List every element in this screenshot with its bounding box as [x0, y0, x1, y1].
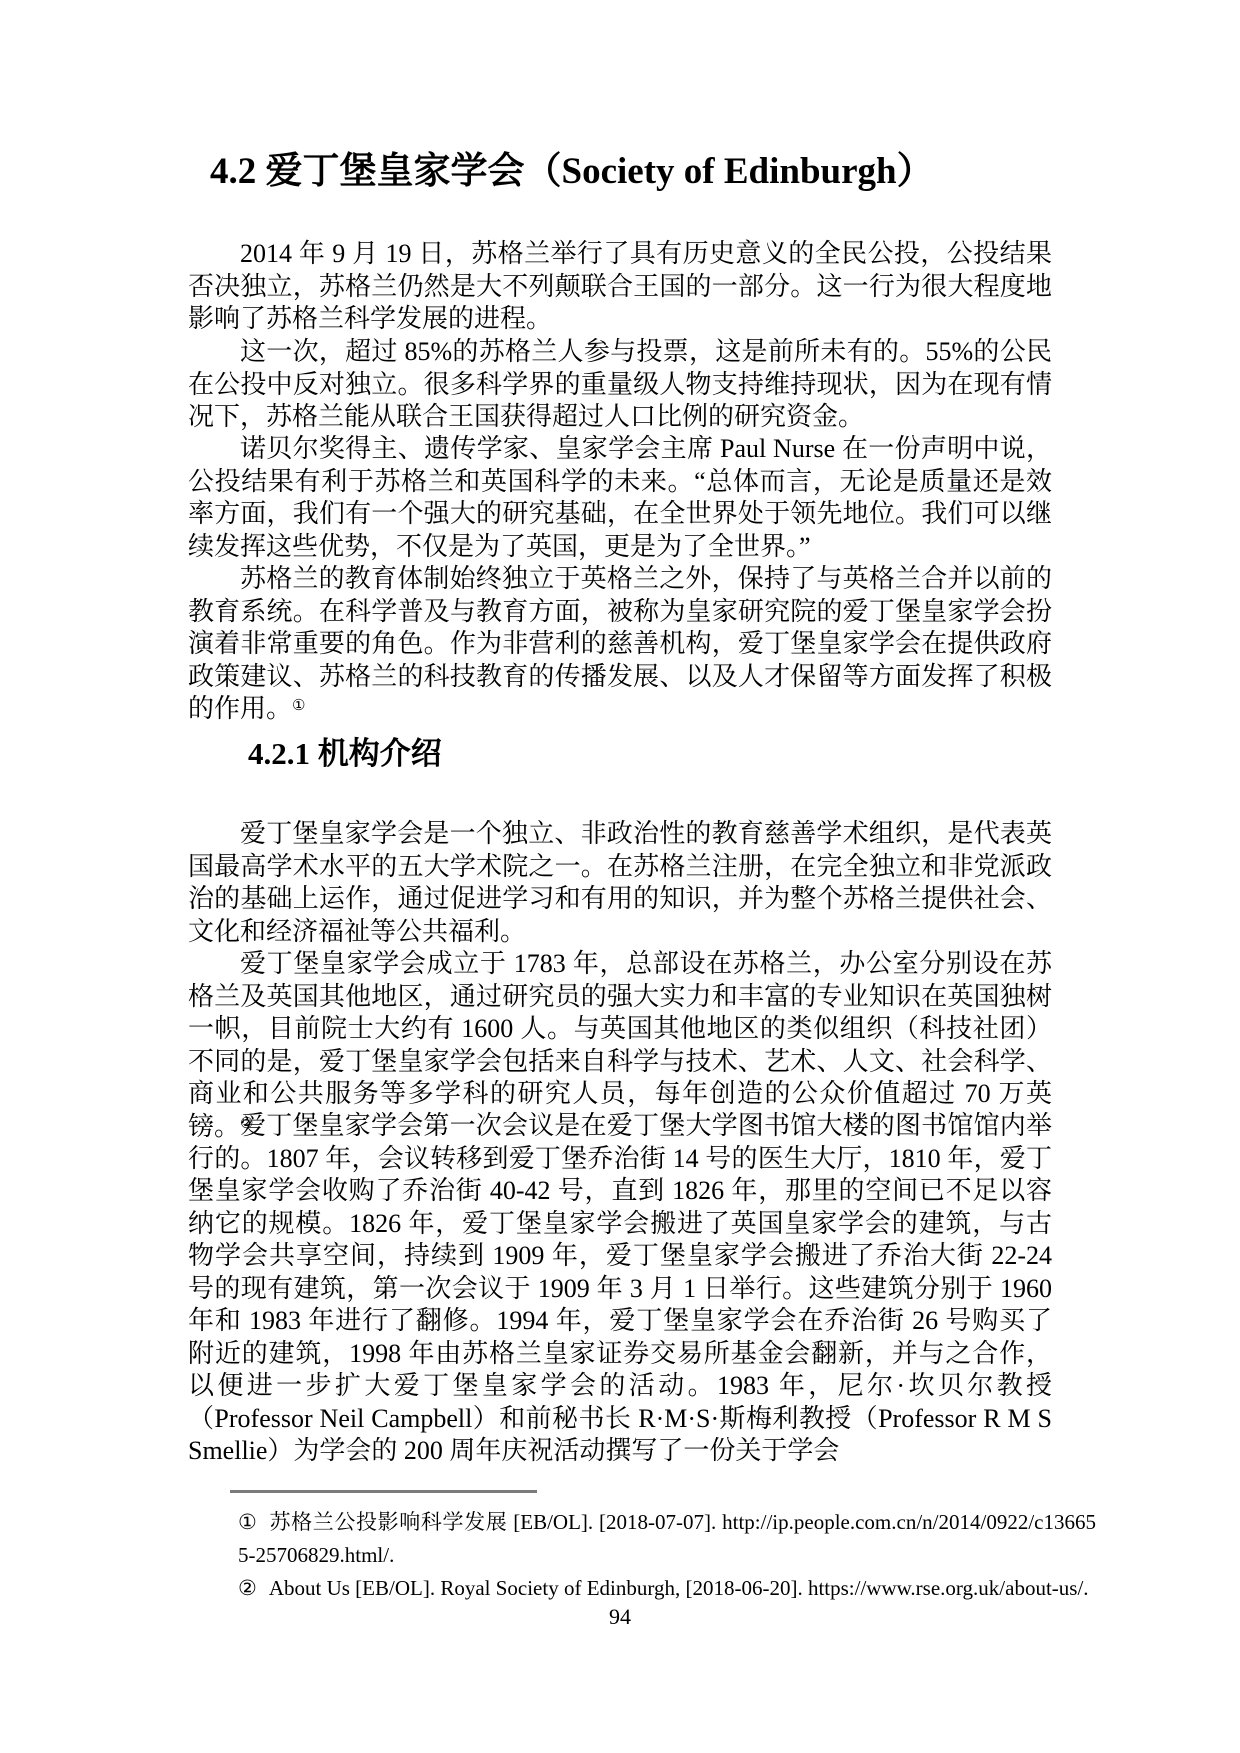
- paragraph-text: 苏格兰的教育体制始终独立于英格兰之外，保持了与英格兰合并以前的教育系统。在科学普…: [188, 564, 1052, 723]
- document-page: 4.2 爱丁堡皇家学会（Society of Edinburgh） 2014 年…: [0, 0, 1240, 1753]
- footnote-text: 苏格兰公投影响科学发展 [EB/OL]. [2018-07-07]. http:…: [238, 1510, 1096, 1567]
- paragraph-organization: 爱丁堡皇家学会是一个独立、非政治性的教育慈善学术组织，是代表英国最高学术水平的五…: [188, 818, 1052, 948]
- paragraph-history: 爱丁堡皇家学会第一次会议是在爱丁堡大学图书馆大楼的图书馆馆内举行的。1807 年…: [188, 1110, 1052, 1468]
- footnote-2: ②About Us [EB/OL]. Royal Society of Edin…: [238, 1572, 1138, 1605]
- footnote-divider: [230, 1490, 537, 1493]
- footnote-marker: ②: [238, 1576, 257, 1600]
- paragraph-text: 爱丁堡皇家学会第一次会议是在爱丁堡大学图书馆大楼的图书馆馆内举行的。1807 年…: [188, 1111, 1052, 1465]
- footnote-1: ①苏格兰公投影响科学发展 [EB/OL]. [2018-07-07]. http…: [238, 1506, 1096, 1572]
- page-number: 94: [0, 1604, 1240, 1630]
- paragraph-education-system: 苏格兰的教育体制始终独立于英格兰之外，保持了与英格兰合并以前的教育系统。在科学普…: [188, 563, 1052, 726]
- paragraph-text: 2014 年 9 月 19 日，苏格兰举行了具有历史意义的全民公投，公投结果否决…: [188, 239, 1052, 333]
- footnote-marker: ①: [238, 1510, 257, 1534]
- paragraph-text: 这一次，超过 85%的苏格兰人参与投票，这是前所未有的。55%的公民在公投中反对…: [188, 337, 1052, 431]
- paragraph-text: 诺贝尔奖得主、遗传学家、皇家学会主席 Paul Nurse 在一份声明中说，公投…: [188, 434, 1052, 561]
- subsection-title: 4.2.1 机构介绍: [248, 736, 442, 772]
- paragraph-turnout: 这一次，超过 85%的苏格兰人参与投票，这是前所未有的。55%的公民在公投中反对…: [188, 336, 1052, 434]
- paragraph-paul-nurse: 诺贝尔奖得主、遗传学家、皇家学会主席 Paul Nurse 在一份声明中说，公投…: [188, 433, 1052, 563]
- footnote-text: About Us [EB/OL]. Royal Society of Edinb…: [269, 1576, 1089, 1600]
- paragraph-text: 爱丁堡皇家学会是一个独立、非政治性的教育慈善学术组织，是代表英国最高学术水平的五…: [188, 819, 1052, 946]
- section-title: 4.2 爱丁堡皇家学会（Society of Edinburgh）: [210, 150, 934, 194]
- footnote-reference-1: ①: [292, 698, 305, 714]
- paragraph-referendum: 2014 年 9 月 19 日，苏格兰举行了具有历史意义的全民公投，公投结果否决…: [188, 238, 1052, 336]
